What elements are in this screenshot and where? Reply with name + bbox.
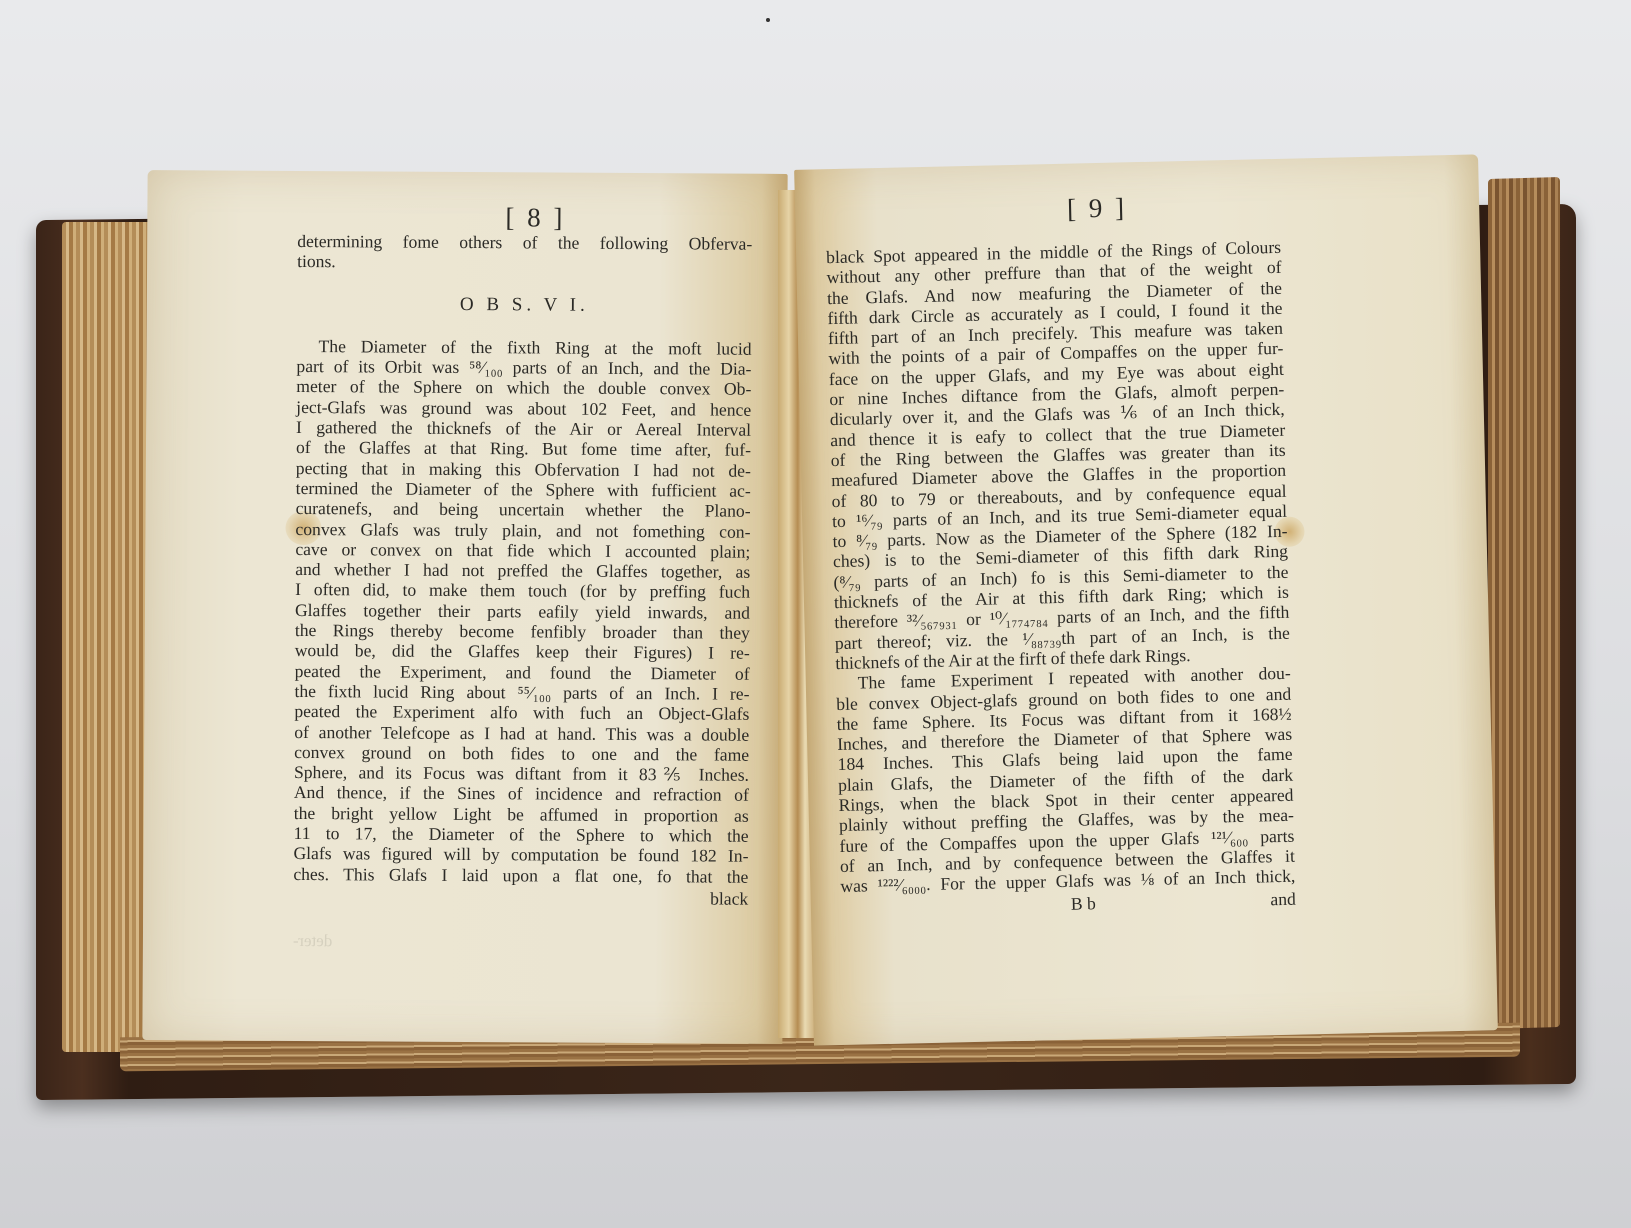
left-fore-edge	[62, 222, 154, 1052]
right-fore-edge	[1488, 177, 1560, 1029]
dust-speck	[766, 18, 770, 22]
text-line: the Rings thereby become fenfibly broade…	[295, 620, 750, 643]
text-line: The Diameter of the fixth Ring at the mo…	[297, 336, 752, 359]
text-line: Glaffes together their parts eafily yiel…	[295, 600, 750, 623]
text-line: part of its Orbit was ⁵⁸⁄₁₀₀ parts of an…	[296, 356, 751, 379]
text-line: the bright yellow Light be affumed in pr…	[294, 803, 749, 826]
text-line: peated the Experiment alfo with fuch an …	[294, 701, 749, 724]
text-line: termined the Diameter of the Sphere with…	[296, 478, 751, 501]
signature-mark: B b	[841, 893, 1096, 919]
right-page: [ 9 ] black Spot appeared in the middle …	[794, 154, 1498, 1045]
text-line: Sphere, and its Focus was diftant from i…	[294, 762, 749, 785]
text-line: peated the Experiment, and found the Dia…	[295, 661, 750, 684]
text-line: determining fome others of the following…	[297, 231, 752, 254]
text-line: and whether I had not preffed the Glaffe…	[295, 559, 750, 582]
left-page-text: determining fome others of the following…	[293, 231, 752, 909]
left-page: [ 8 ] determining fome others of the fol…	[142, 170, 787, 1044]
text-line: 11 to 17, the Diameter of the Sphere to …	[294, 823, 749, 846]
right-page-text: black Spot appeared in the middle of the…	[826, 237, 1296, 919]
page-number-right: [ 9 ]	[755, 185, 1440, 232]
text-line: I often did, to make them touch (for by …	[295, 579, 750, 602]
text-line: cave or convex on that fide which I acco…	[295, 539, 750, 562]
text-line: would be, did the Glaffes keep their Fig…	[295, 640, 750, 663]
text-line: convex Glafs was truly plain, and not fo…	[295, 519, 750, 542]
text-line: meter of the Sphere on which the double …	[296, 376, 751, 399]
section-heading: O B S. V I.	[297, 294, 752, 317]
text-line: pecting that in making this Obfervation …	[296, 458, 751, 481]
text-line: ject-Glafs was ground was about 102 Feet…	[296, 397, 751, 420]
text-line: I gathered the thicknefs of the Air or A…	[296, 417, 751, 440]
text-line: the fixth lucid Ring about ⁵⁵⁄₁₀₀ parts …	[294, 681, 749, 704]
photo-scene: [ 8 ] determining fome others of the fol…	[0, 0, 1631, 1228]
text-line: And thence, if the Sines of incidence an…	[294, 782, 749, 805]
catchword-left: black	[710, 888, 748, 909]
text-line: of another Telefcope as I had at hand. T…	[294, 721, 749, 744]
catchword-right: and	[1270, 888, 1296, 909]
show-through-text: deter-	[293, 931, 332, 951]
text-line: of the Glaffes at that Ring. But fome ti…	[296, 437, 751, 460]
text-line: tions.	[297, 251, 752, 274]
text-line: Glafs was figured will by computation be…	[293, 843, 748, 866]
text-line: ches. This Glafs I laid upon a flat one,…	[293, 864, 748, 887]
text-line: convex ground on both fides to one and t…	[294, 742, 749, 765]
text-line: curatenefs, and being uncertain whether …	[296, 498, 751, 521]
